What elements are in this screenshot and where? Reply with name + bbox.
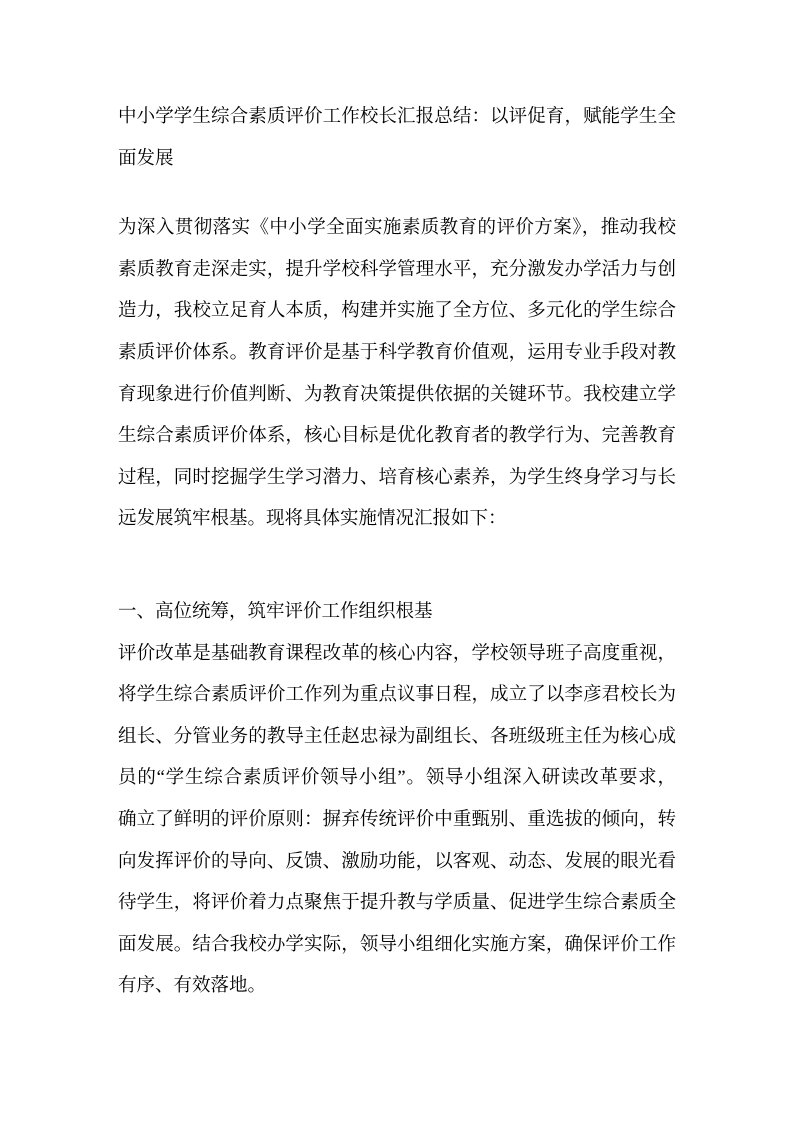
paragraph-line: 待学生，将评价着力点聚焦于提升教与学质量、促进学生综合素质全 [118, 883, 676, 925]
paragraph-section-1: 评价改革是基础教育课程改革的核心内容，学校领导班子高度重视， 将学生综合素质评价… [118, 634, 676, 1008]
paragraph-line: 确立了鲜明的评价原则：摒弃传统评价中重甄别、重选拔的倾向，转 [118, 800, 676, 842]
paragraph-line: 员的“学生综合素质评价领导小组”。领导小组深入研读改革要求， [118, 758, 676, 800]
title-line: 面发展 [118, 139, 676, 181]
paragraph-line: 组长、分管业务的教导主任赵忠禄为副组长、各班级班主任为核心成 [118, 717, 676, 759]
paragraph-line: 将学生综合素质评价工作列为重点议事日程，成立了以李彦君校长为 [118, 675, 676, 717]
document-title: 中小学学生综合素质评价工作校长汇报总结：以评促育，赋能学生全 面发展 [118, 97, 676, 180]
paragraph-line: 素质教育走深走实，提升学校科学管理水平，充分激发办学活力与创 [118, 250, 676, 292]
paragraph-line: 面发展。结合我校办学实际，领导小组细化实施方案，确保评价工作 [118, 925, 676, 967]
section-heading-1: 一、高位统筹，筑牢评价工作组织根基 [118, 592, 676, 634]
section-heading-line: 一、高位统筹，筑牢评价工作组织根基 [118, 592, 676, 634]
paragraph-line: 有序、有效落地。 [118, 966, 676, 1008]
paragraph-line: 造力，我校立足育人本质，构建并实施了全方位、多元化的学生综合 [118, 291, 676, 333]
paragraph-line: 育现象进行价值判断、为教育决策提供依据的关键环节。我校建立学 [118, 375, 676, 417]
paragraph-line: 为深入贯彻落实《中小学全面实施素质教育的评价方案》，推动我校 [118, 208, 676, 250]
paragraph-line: 评价改革是基础教育课程改革的核心内容，学校领导班子高度重视， [118, 634, 676, 676]
paragraph-line: 向发挥评价的导向、反馈、激励功能，以客观、动态、发展的眼光看 [118, 842, 676, 884]
paragraph-line: 过程，同时挖掘学生学习潜力、培育核心素养，为学生终身学习与长 [118, 458, 676, 500]
title-line: 中小学学生综合素质评价工作校长汇报总结：以评促育，赋能学生全 [118, 97, 676, 139]
paragraph-line: 远发展筑牢根基。现将具体实施情况汇报如下： [118, 499, 676, 541]
paragraph-line: 素质评价体系。教育评价是基于科学教育价值观，运用专业手段对教 [118, 333, 676, 375]
paragraph-intro: 为深入贯彻落实《中小学全面实施素质教育的评价方案》，推动我校 素质教育走深走实，… [118, 208, 676, 541]
document-page: 中小学学生综合素质评价工作校长汇报总结：以评促育，赋能学生全 面发展 为深入贯彻… [0, 0, 793, 1122]
document-body: 中小学学生综合素质评价工作校长汇报总结：以评促育，赋能学生全 面发展 为深入贯彻… [118, 97, 676, 1008]
paragraph-line: 生综合素质评价体系，核心目标是优化教育者的教学行为、完善教育 [118, 416, 676, 458]
